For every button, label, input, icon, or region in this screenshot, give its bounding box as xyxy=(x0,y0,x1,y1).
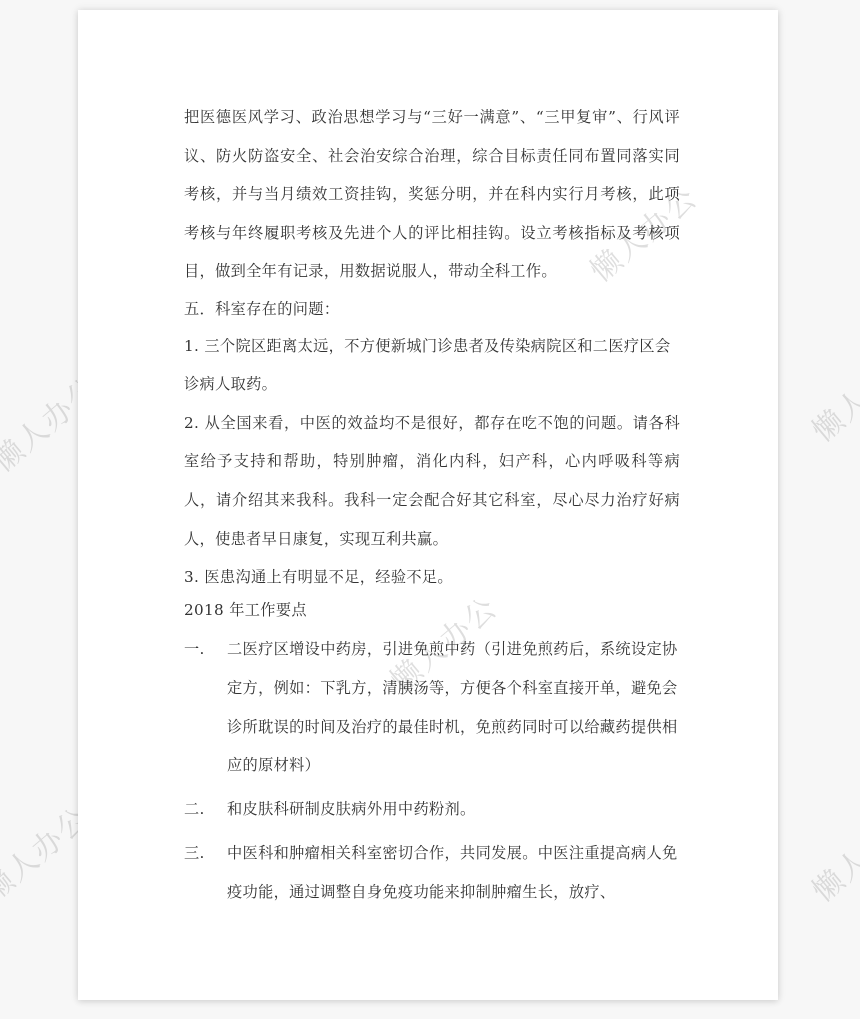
watermark: 懒人办公 xyxy=(801,794,860,910)
work-point-item: 一. 二医疗区增设中药房，引进免煎中药（引进免煎药后，系统设定协定方，例如：下乳… xyxy=(184,630,680,784)
section-heading: 五．科室存在的问题： xyxy=(184,290,680,329)
work-point-number: 一. xyxy=(184,630,227,784)
problem-item: 1. 三个院区距离太远，不方便新城门诊患者及传染病院区和二医疗区会诊病人取药。 xyxy=(184,327,680,404)
problem-item: 2. 从全国来看，中医的效益均不是很好，都存在吃不饱的问题。请各科室给予支持和帮… xyxy=(184,404,680,558)
document-page: 懒人办公 懒人办公 把医德医风学习、政治思想学习与“三好一满意”、“三甲复审”、… xyxy=(78,10,778,1000)
work-point-text: 二医疗区增设中药房，引进免煎中药（引进免煎药后，系统设定协定方，例如：下乳方，清… xyxy=(227,630,680,784)
work-point-number: 二. xyxy=(184,790,227,829)
work-point-item: 二. 和皮肤科研制皮肤病外用中药粉剂。 xyxy=(184,790,680,829)
work-point-text: 中医科和肿瘤相关科室密切合作，共同发展。中医注重提高病人免疫功能，通过调整自身免… xyxy=(227,834,680,911)
watermark: 懒人办公 xyxy=(801,334,860,450)
work-point-item: 三. 中医科和肿瘤相关科室密切合作，共同发展。中医注重提高病人免疫功能，通过调整… xyxy=(184,834,680,911)
document-body: 把医德医风学习、政治思想学习与“三好一满意”、“三甲复审”、行风评议、防火防盗安… xyxy=(184,98,680,911)
body-paragraph: 把医德医风学习、政治思想学习与“三好一满意”、“三甲复审”、行风评议、防火防盗安… xyxy=(184,98,680,291)
work-point-number: 三. xyxy=(184,834,227,911)
work-point-text: 和皮肤科研制皮肤病外用中药粉剂。 xyxy=(227,790,680,829)
